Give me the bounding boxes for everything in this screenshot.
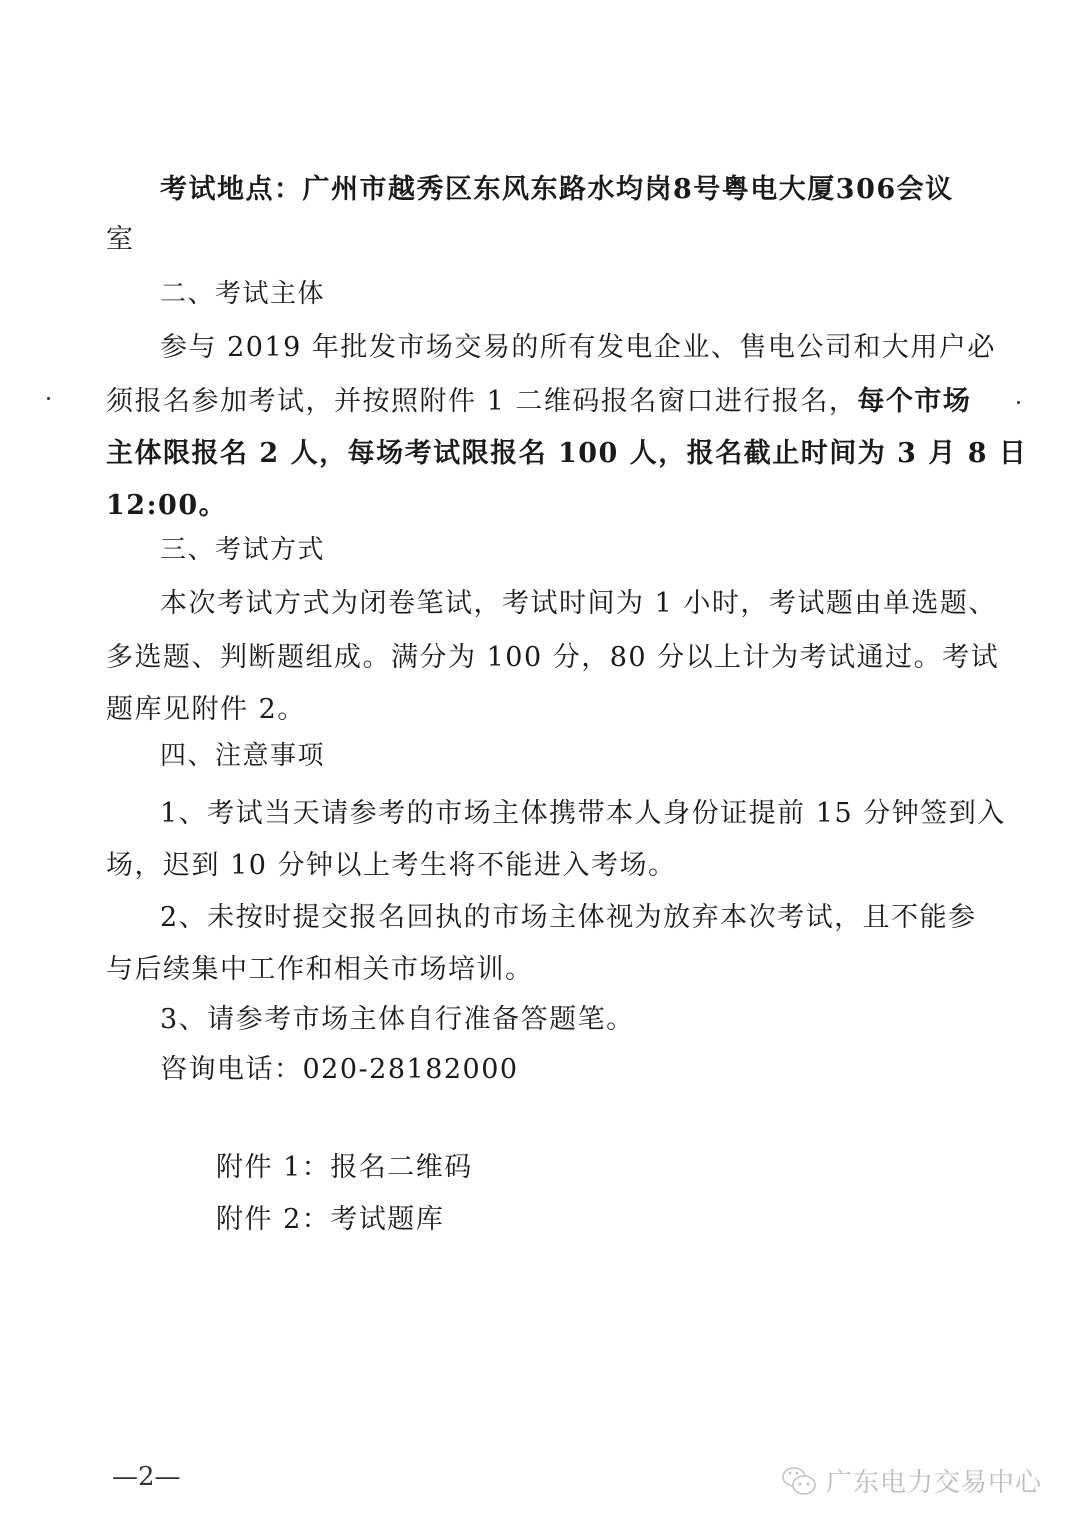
page-number: —2— [112, 1462, 181, 1492]
section-3-para-line-3: 题库见附件 2。 [106, 692, 306, 728]
exam-location-line-2: 室 [106, 222, 135, 258]
exam-location-text: 广州市越秀区东风东路水均岗8号粤电大厦306会议 [303, 174, 954, 205]
exam-location-label: 考试地点： [160, 174, 303, 205]
scan-speck-left [47, 397, 50, 400]
section-4-heading: 四、注意事项 [160, 738, 325, 774]
attachment-1: 附件 1：报名二维码 [216, 1150, 473, 1186]
notice-item-1-line-1: 1、考试当天请参考的市场主体携带本人身份证提前 15 分钟签到入 [160, 796, 1006, 832]
notice-item-3: 3、请参考市场主体自行准备答题笔。 [160, 1002, 635, 1038]
contact-phone: 咨询电话：020-28182000 [160, 1052, 519, 1088]
section-2-para-line-4: 12:00。 [106, 488, 227, 524]
attachment-2: 附件 2：考试题库 [216, 1202, 444, 1238]
section-2-para-line-2-bold: 每个市场 [857, 386, 971, 417]
notice-item-1-line-2: 场，迟到 10 分钟以上考生将不能进入考场。 [106, 848, 677, 884]
section-2-heading: 二、考试主体 [160, 276, 325, 312]
document-page: 考试地点：广州市越秀区东风东路水均岗8号粤电大厦306会议 室 二、考试主体 参… [0, 0, 1080, 1527]
watermark-text: 广东电力交易中心 [826, 1462, 1042, 1499]
wechat-watermark: 广东电力交易中心 [780, 1462, 1042, 1499]
notice-item-2-line-1: 2、未按时提交报名回执的市场主体视为放弃本次考试，且不能参 [160, 900, 977, 936]
section-2-para-line-2: 须报名参加考试，并按照附件 1 二维码报名窗口进行报名，每个市场 [106, 384, 971, 420]
section-3-heading: 三、考试方式 [160, 532, 325, 568]
section-2-para-line-2-normal: 须报名参加考试，并按照附件 1 二维码报名窗口进行报名， [106, 386, 857, 417]
section-3-para-line-1: 本次考试方式为闭卷笔试，考试时间为 1 小时，考试题由单选题、 [160, 586, 997, 622]
wechat-icon [780, 1464, 820, 1498]
section-2-para-line-3: 主体限报名 2 人，每场考试限报名 100 人，报名截止时间为 3 月 8 日 [106, 436, 1027, 472]
notice-item-2-line-2: 与后续集中工作和相关市场培训。 [106, 952, 534, 988]
scan-speck-right [1017, 401, 1020, 404]
section-2-para-line-1: 参与 2019 年批发市场交易的所有发电企业、售电公司和大用户必 [160, 330, 996, 366]
section-3-para-line-2: 多选题、判断题组成。满分为 100 分，80 分以上计为考试通过。考试 [106, 640, 999, 676]
exam-location-line-1: 考试地点：广州市越秀区东风东路水均岗8号粤电大厦306会议 [160, 172, 954, 208]
